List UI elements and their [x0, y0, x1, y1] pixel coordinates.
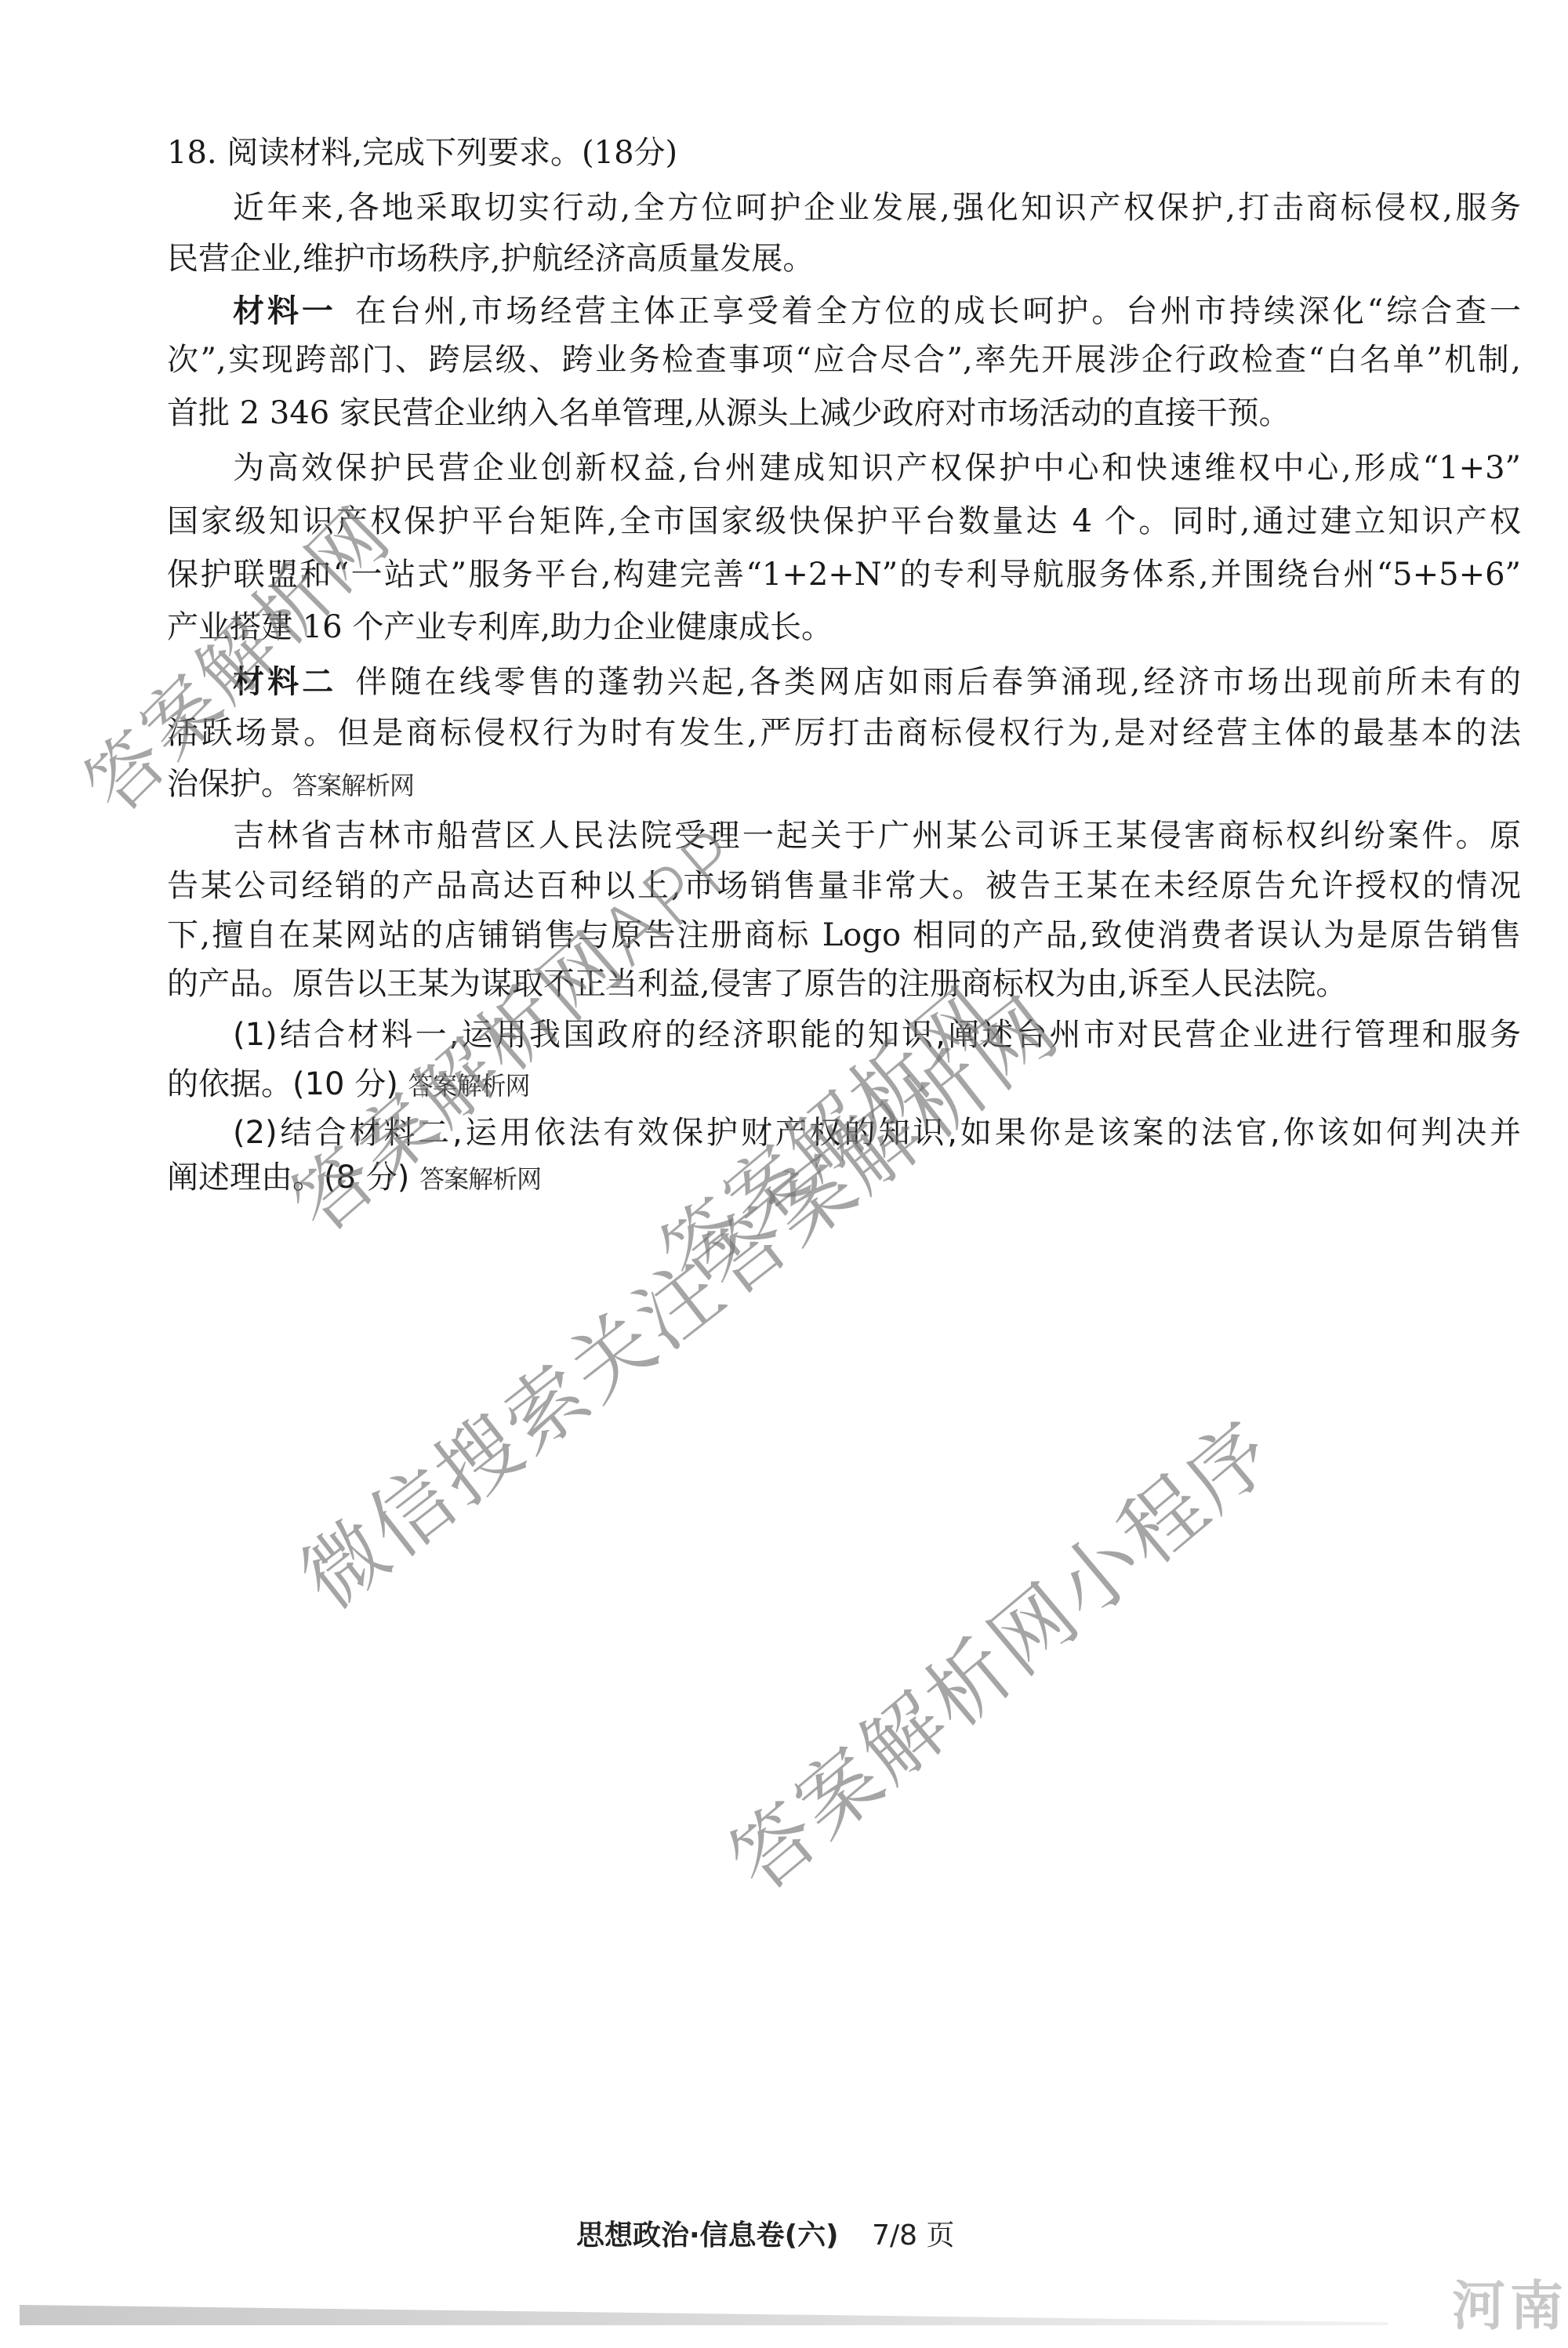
intro-line-2: 民营企业,维护市场秩序,护航经济高质量发展。	[167, 237, 1521, 281]
material2-text: 伴随在线零售的蓬勃兴起,各类网店如雨后春笋涌现,经济市场出现前所未有的	[355, 664, 1521, 700]
page-footer: 思想政治·信息卷(六) 7/8 页	[576, 2213, 955, 2253]
material1-line-5: 国家级知识产权保护平台矩阵,全市国家级快保护平台数量达 4 个。同时,通过建立知…	[167, 499, 1521, 543]
material1-line-1: 材料一在台州,市场经营主体正享受着全方位的成长呵护。台州市持续深化“综合查一	[233, 289, 1521, 333]
case-line-3: 下,擅自在某网站的店铺销售与原告注册商标 Logo 相同的产品,致使消费者误认为…	[167, 913, 1521, 957]
scan-edge-shadow	[20, 2305, 1388, 2325]
material2-text-end: 治保护。	[167, 766, 292, 802]
subquestion-1-text-end: 的依据。(10 分)	[167, 1066, 398, 1102]
question-number: 18.	[167, 135, 217, 171]
subquestion-2-line-1: (2)结合材料二,运用依法有效保护财产权的知识,如果你是该案的法官,你该如何判决…	[233, 1111, 1521, 1155]
case-line-1: 吉林省吉林市船营区人民法院受理一起关于广州某公司诉王某侵害商标权纠纷案件。原	[233, 814, 1521, 858]
subquestion-2-text-end: 阐述理由。(8 分)	[167, 1159, 409, 1196]
page-number: 7/8 页	[872, 2219, 954, 2252]
subquestion-1-line-1: (1)结合材料一,运用我国政府的经济职能的知识,阐述台州市对民营企业进行管理和服…	[233, 1013, 1521, 1057]
inline-watermark: 答案解析网	[419, 1164, 541, 1194]
case-line-4: 的产品。原告以王某为谋取不正当利益,侵害了原告的注册商标权为由,诉至人民法院。	[167, 962, 1521, 1006]
material2-label: 材料二	[233, 664, 336, 700]
inline-watermark: 答案解析网	[408, 1071, 530, 1101]
material1-line-7: 产业搭建 16 个产业专利库,助力企业健康成长。	[167, 605, 1521, 649]
material2-line-3: 治保护。答案解析网	[167, 762, 1521, 806]
material1-label: 材料一	[233, 293, 336, 329]
intro-line-1: 近年来,各地采取切实行动,全方位呵护企业发展,强化知识产权保护,打击商标侵权,服…	[233, 186, 1521, 230]
watermark-miniprogram: 答案解析网小程序	[701, 1388, 1295, 1913]
corner-stamp: 河南	[1452, 2264, 1568, 2340]
material1-line-4: 为高效保护民营企业创新权益,台州建成知识产权保护中心和快速维权中心,形成“1+3…	[233, 446, 1521, 490]
material2-line-1: 材料二伴随在线零售的蓬勃兴起,各类网店如雨后春笋涌现,经济市场出现前所未有的	[233, 660, 1521, 704]
material1-line-3: 首批 2 346 家民营企业纳入名单管理,从源头上减少政府对市场活动的直接干预。	[167, 391, 1521, 435]
material1-line-6: 保护联盟和“一站式”服务平台,构建完善“1+2+N”的专利导航服务体系,并围绕台…	[167, 553, 1521, 597]
question-header: 18. 阅读材料,完成下列要求。(18分)	[167, 131, 1521, 175]
inline-watermark: 答案解析网	[292, 771, 414, 800]
question-prompt: 阅读材料,完成下列要求。(18分)	[227, 135, 677, 171]
subquestion-2-line-2: 阐述理由。(8 分) 答案解析网	[167, 1156, 1521, 1199]
footer-title: 思想政治·信息卷(六)	[576, 2219, 839, 2252]
exam-page: 18. 阅读材料,完成下列要求。(18分) 近年来,各地采取切实行动,全方位呵护…	[0, 0, 1568, 2348]
material2-line-2: 活跃场景。但是商标侵权行为时有发生,严厉打击商标侵权行为,是对经营主体的最基本的…	[167, 711, 1521, 755]
material1-text: 在台州,市场经营主体正享受着全方位的成长呵护。台州市持续深化“综合查一	[355, 293, 1521, 329]
material1-line-2: 次”,实现跨部门、跨层级、跨业务检查事项“应合尽合”,率先开展涉企行政检查“白名…	[167, 338, 1521, 382]
case-line-2: 告某公司经销的产品高达百种以上,市场销售量非常大。被告王某在未经原告允许授权的情…	[167, 864, 1521, 908]
subquestion-1-line-2: 的依据。(10 分) 答案解析网	[167, 1062, 1521, 1106]
